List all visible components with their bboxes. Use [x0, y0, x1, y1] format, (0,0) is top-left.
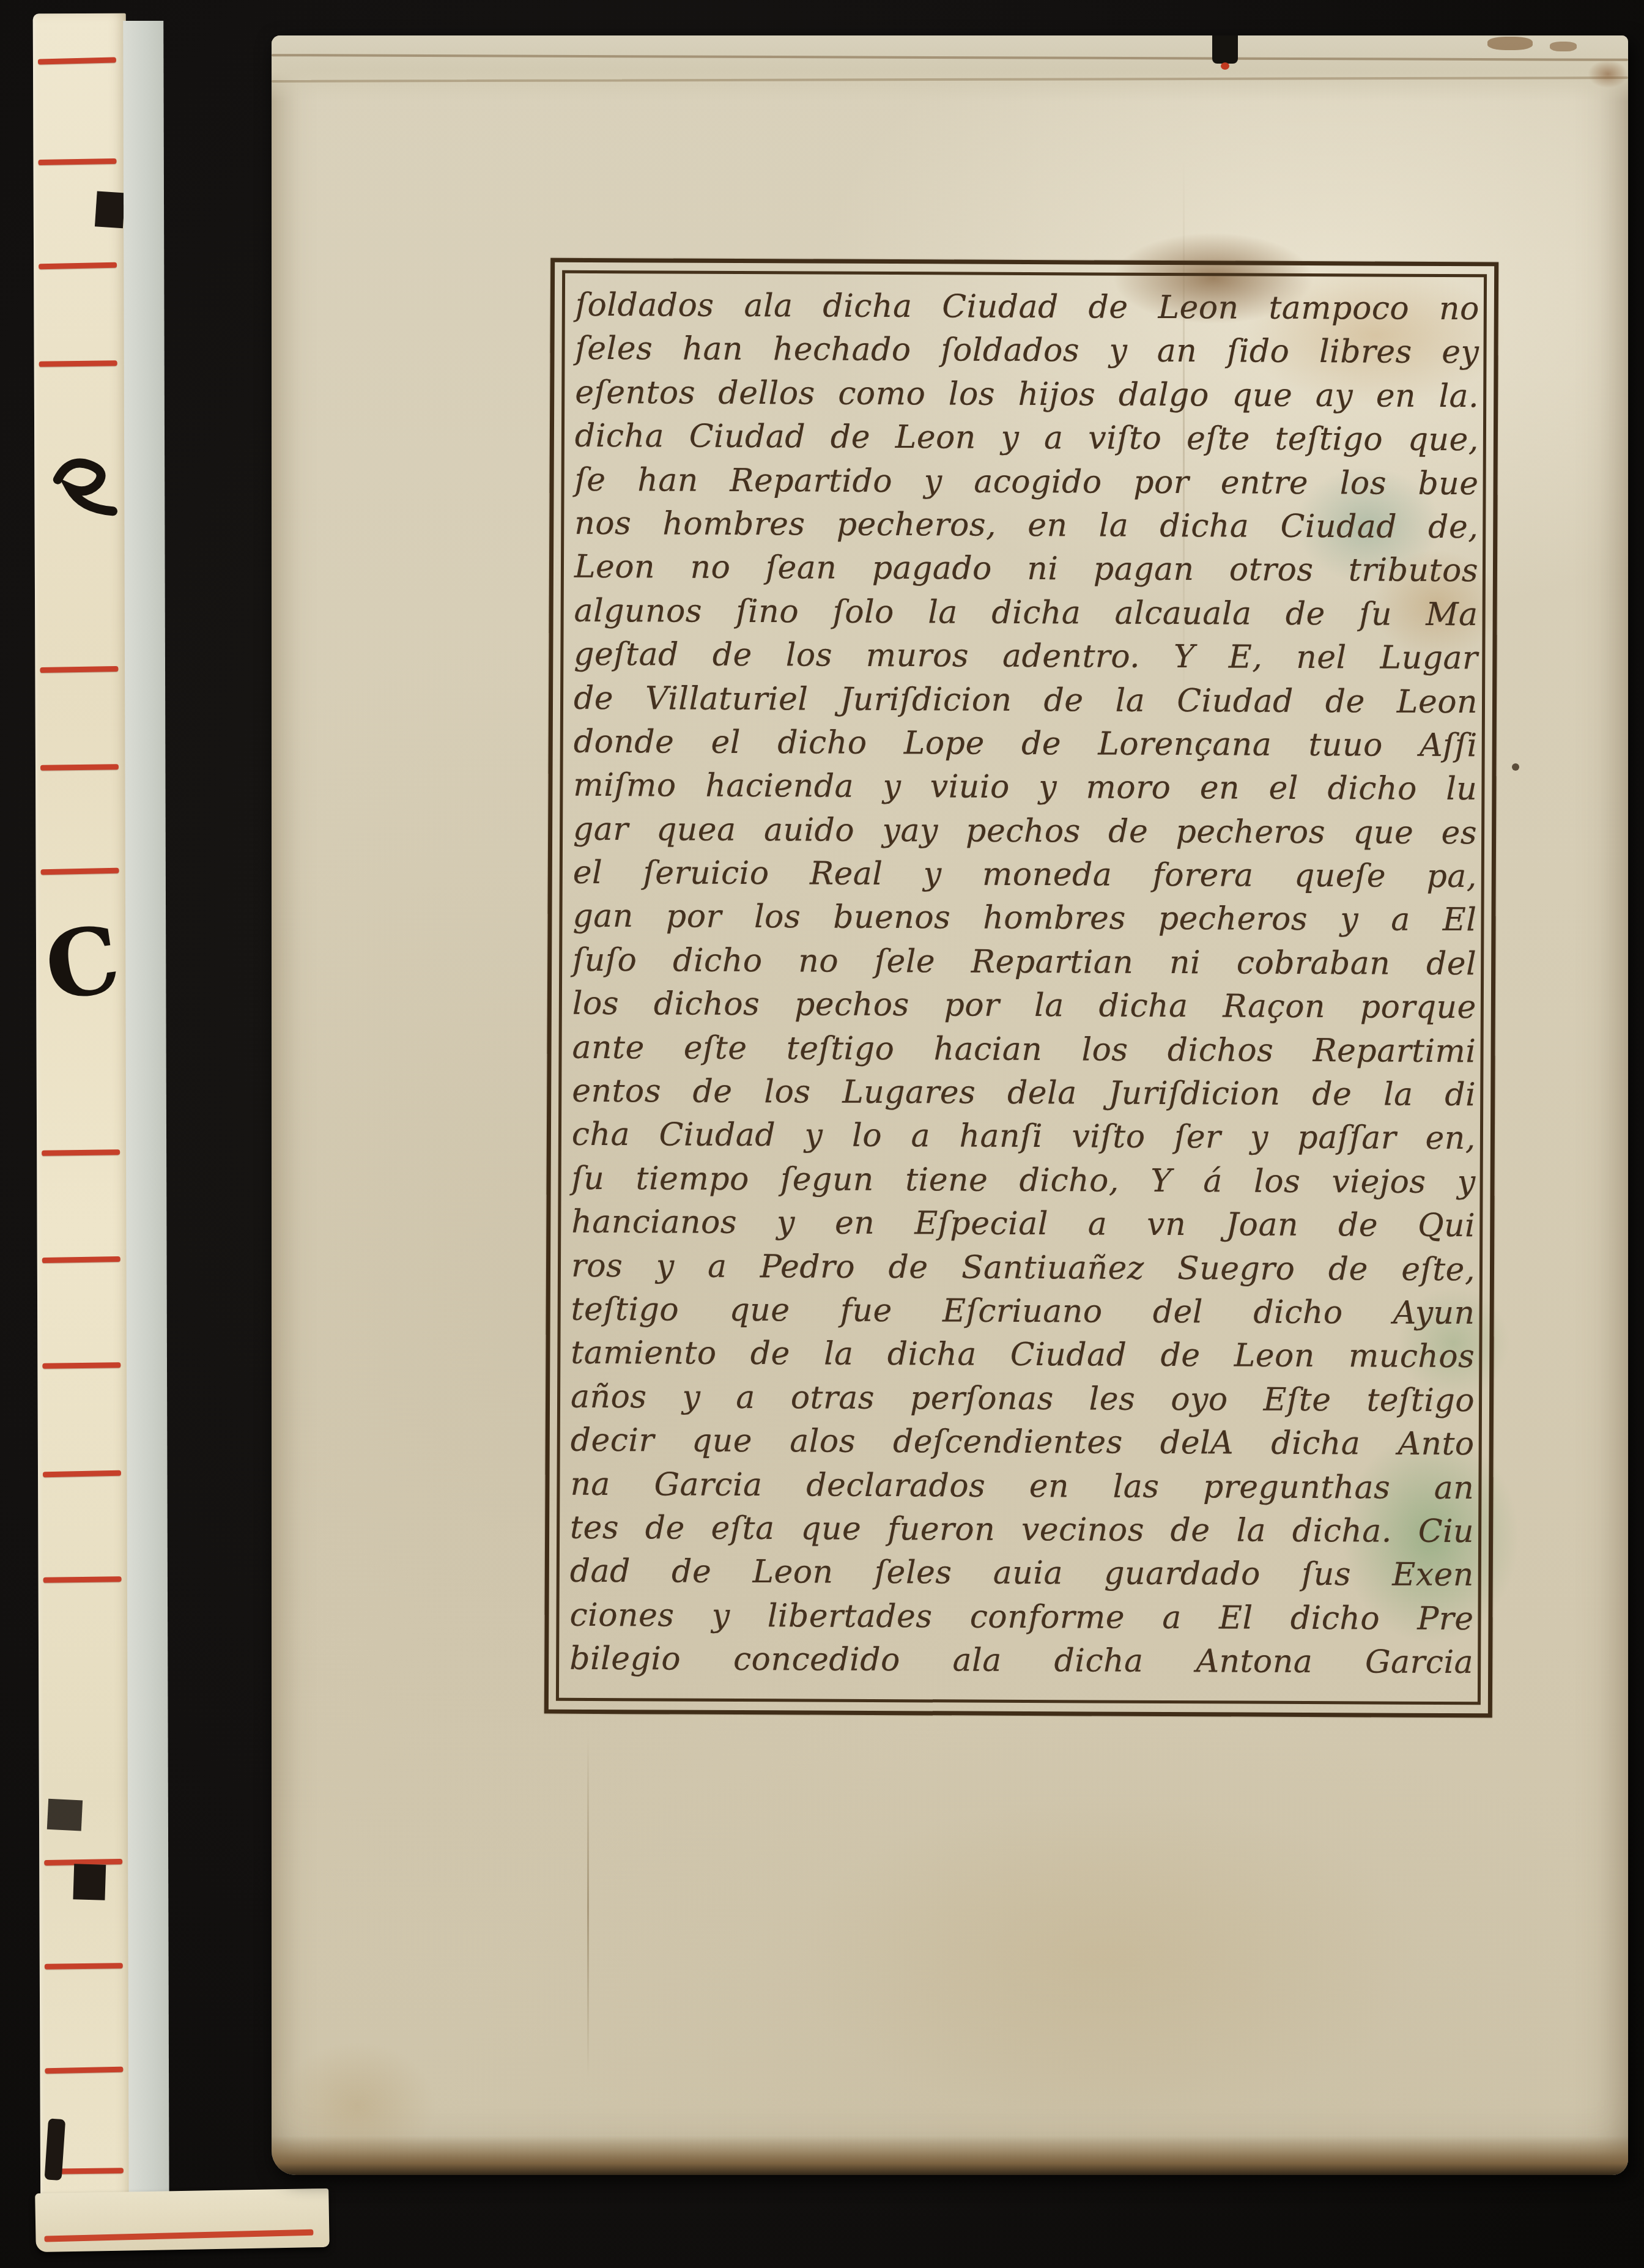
staff-line [44, 2229, 313, 2242]
staff-line [39, 360, 117, 367]
page-gap-notch [1212, 35, 1238, 64]
vellum-page: ſoldados ala dicha Ciudad de Leon tampoc… [272, 35, 1628, 2175]
manuscript-line: tes de eſta que fueron vecinos de la dic… [570, 1510, 1474, 1557]
fore-edge-line [272, 76, 1628, 83]
ruled-frame: ſoldados ala dicha Ciudad de Leon tampoc… [544, 258, 1498, 1718]
manuscript-line: miſmo hacienda y viuio y moro en el dich… [573, 767, 1477, 815]
staff-line [45, 2067, 123, 2073]
manuscript-line: tamiento de la dicha Ciudad de Leon much… [571, 1335, 1475, 1382]
manuscript-line: dicha Ciudad de Leon y a viſto eſte teſt… [575, 418, 1479, 465]
square-neume-icon [73, 1864, 106, 1900]
staff-line [42, 1362, 120, 1369]
manuscript-line: ante eſte teſtigo hacian los dichos Repa… [572, 1029, 1476, 1077]
manuscript-scan: C ſol [0, 0, 1644, 2268]
manuscript-line: eſentos dellos como los hijos dalgo que … [575, 374, 1479, 422]
staff-line [42, 1256, 120, 1263]
custos-flourish-icon [49, 453, 122, 532]
manuscript-line: entos de los Lugares dela Juriſdicion de… [572, 1073, 1476, 1121]
manuscript-line: donde el dicho Lope de Lorençana tuuo Aſ… [574, 724, 1478, 771]
manuscript-line: dad de Leon ſeles auia guardado ſus Exen [570, 1553, 1474, 1601]
staff-line [40, 666, 118, 673]
square-neume-icon [95, 191, 125, 228]
manuscript-line: ciones y libertades conforme a El dicho … [569, 1597, 1473, 1645]
staff-line [43, 1576, 122, 1583]
square-neume-icon [47, 1799, 83, 1831]
manuscript-line: teſtigo que fue Eſcriuano del dicho Ayun [571, 1291, 1475, 1339]
red-mark [1221, 62, 1229, 70]
ink-speck [1512, 763, 1519, 771]
manuscript-line: bilegio concedido ala dicha Antona Garci… [569, 1640, 1473, 1688]
cover-bottom-wrap [35, 2188, 330, 2252]
fore-edge-line [272, 54, 1628, 61]
staff-line [38, 158, 116, 165]
manuscript-line: el ſeruicio Real y moneda forera queſe p… [573, 854, 1477, 902]
gutter-leaf-edges [154, 31, 286, 2248]
staff-line [38, 57, 116, 64]
soft-stain [791, 1794, 1421, 2124]
staff-line [42, 1149, 120, 1156]
manuscript-line: ſeles han hechado ſoldados y an ſido lib… [575, 330, 1479, 378]
manuscript-line: algunos ſino ſolo la dicha alcauala de ſ… [574, 593, 1478, 640]
manuscript-line: geſtad de los muros adentro. Y E, nel Lu… [574, 636, 1478, 684]
staff-line [41, 868, 119, 875]
vellum-crease [587, 1736, 589, 2078]
manuscript-line: ſe han Repartido y acogido por entre los… [574, 461, 1478, 509]
staff-line [45, 1963, 123, 1970]
manuscript-line: años y a otras perſonas les oyo Eſte teſ… [571, 1379, 1475, 1426]
clef-icon: C [40, 913, 125, 1014]
staff-line [39, 262, 117, 270]
manuscript-line: ros y a Pedro de Santiuañez Suegro de eſ… [571, 1247, 1475, 1295]
manuscript-line: cha Ciudad y lo a hanſi viſto ſer y paſſ… [572, 1116, 1476, 1164]
manuscript-line: de Villaturiel Juriſdicion de la Ciudad … [574, 680, 1478, 727]
manuscript-line: gan por los buenos hombres pecheros y a … [572, 898, 1476, 946]
bottom-fore-edge [272, 2136, 1628, 2175]
manuscript-line: Leon no ſean pagado ni pagan otros tribu… [574, 549, 1478, 596]
binding-strip: C [33, 13, 134, 2228]
manuscript-line: los dichos pechos por la dicha Raçon por… [572, 985, 1476, 1033]
staff-line [43, 1470, 121, 1477]
manuscript-line: ſuſo dicho no ſele Repartian ni cobraban… [572, 942, 1476, 990]
staff-line [40, 764, 119, 771]
manuscript-line: ſoldados ala dicha Ciudad de Leon tampoc… [576, 287, 1479, 335]
manuscript-line: ſu tiempo ſegun tiene dicho, Y á los vie… [571, 1160, 1475, 1208]
manuscript-line: nos hombres pecheros, en la dicha Ciudad… [574, 505, 1478, 553]
text-block: ſoldados ala dicha Ciudad de Leon tampoc… [569, 287, 1479, 1688]
manuscript-line: na Garcia declarados en las pregunthas a… [570, 1466, 1474, 1513]
manuscript-line: gar quea auido yay pechos de pecheros qu… [573, 810, 1477, 858]
manuscript-line: hancianos y en Eſpecial a vn Joan de Qui [571, 1204, 1475, 1251]
manuscript-line: decir que alos deſcendientes delA dicha … [571, 1422, 1475, 1470]
top-fore-edge [272, 35, 1628, 102]
